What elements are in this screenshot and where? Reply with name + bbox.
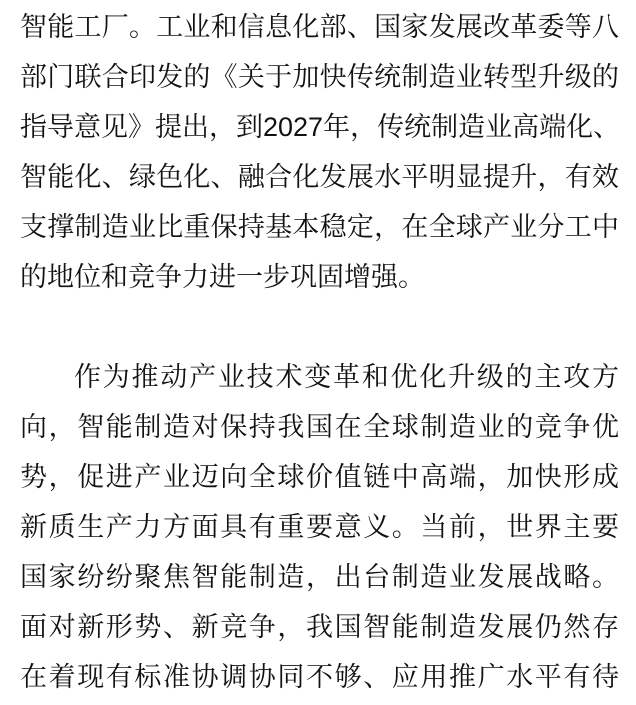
text-line: 智能工厂。工业和信息化部、国家发展改革委等八 — [20, 2, 619, 52]
paragraph-1: 智能工厂。工业和信息化部、国家发展改革委等八 部门联合印发的《关于加快传统制造业… — [20, 2, 619, 302]
text-line: 新质生产力方面具有重要意义。当前，世界主要 — [20, 502, 619, 552]
text-line: 面对新形势、新竞争，我国智能制造发展仍然存 — [20, 602, 619, 652]
text-line: 在着现有标准协调协同不够、应用推广水平有待 — [20, 652, 619, 702]
paragraph-2: 作为推动产业技术变革和优化升级的主攻方 向，智能制造对保持我国在全球制造业的竞争… — [20, 352, 619, 702]
text-line: 指导意见》提出，到2027年，传统制造业高端化、 — [20, 102, 619, 152]
text-line: 势，促进产业迈向全球价值链中高端，加快形成 — [20, 452, 619, 502]
text-line: 向，智能制造对保持我国在全球制造业的竞争优 — [20, 402, 619, 452]
text-line: 智能化、绿色化、融合化发展水平明显提升，有效 — [20, 152, 619, 202]
text-line: 部门联合印发的《关于加快传统制造业转型升级的 — [20, 52, 619, 102]
text-line: 作为推动产业技术变革和优化升级的主攻方 — [20, 352, 619, 402]
document-page: 智能工厂。工业和信息化部、国家发展改革委等八 部门联合印发的《关于加快传统制造业… — [0, 0, 636, 705]
text-line: 国家纷纷聚焦智能制造，出台制造业发展战略。 — [20, 552, 619, 602]
text-line: 的地位和竞争力进一步巩固增强。 — [20, 252, 619, 302]
text-line: 支撑制造业比重保持基本稳定，在全球产业分工中 — [20, 202, 619, 252]
